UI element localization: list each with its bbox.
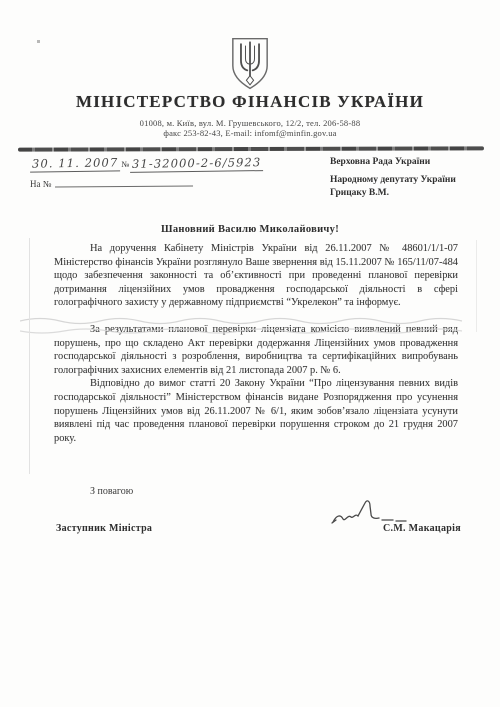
letterhead-address-line2: факс 253-82-43, E-mail: infomf@minfin.go… xyxy=(0,128,500,138)
salutation: Шановний Василю Миколайовичу! xyxy=(0,224,500,235)
paragraph-1: На доручення Кабінету Міністрів України … xyxy=(54,242,458,310)
letter-body: На доручення Кабінету Міністрів України … xyxy=(54,242,458,445)
reply-ref-label: На № xyxy=(30,179,51,189)
reference-block: 30. 11. 2007№31-32000-2-6/5923 На № xyxy=(30,154,300,189)
addressee-line1: Верховна Рада України xyxy=(330,156,456,169)
scan-edge-line-left xyxy=(29,238,30,474)
signer-title: Заступник Міністра xyxy=(56,523,152,534)
number-sign: № xyxy=(121,159,129,169)
paragraph-3: Відповідно до вимог статті 20 Закону Укр… xyxy=(54,377,458,445)
scan-speck xyxy=(37,40,40,43)
ukraine-trident-emblem xyxy=(227,36,273,92)
scanned-letter-page: МІНІСТЕРСТВО ФІНАНСІВ УКРАЇНИ 01008, м. … xyxy=(0,0,500,707)
signer-name: С.М. Макацарія xyxy=(383,523,461,534)
ministry-name: МІНІСТЕРСТВО ФІНАНСІВ УКРАЇНИ xyxy=(0,92,500,112)
valediction: З повагою xyxy=(90,486,133,497)
header-rule xyxy=(18,146,484,151)
letterhead-address-line1: 01008, м. Київ, вул. М. Грушевського, 12… xyxy=(0,118,500,128)
addressee-line3: Грицаку В.М. xyxy=(330,187,456,200)
scan-edge-line-right xyxy=(476,240,477,332)
reply-ref-blank-line xyxy=(55,178,193,188)
handwritten-outgoing-number: 31-32000-2-6/5923 xyxy=(130,155,264,173)
addressee-line2: Народному депутату України xyxy=(330,174,456,187)
handwritten-date: 30. 11. 2007 xyxy=(30,155,121,172)
addressee-block: Верховна Рада України Народному депутату… xyxy=(330,156,456,200)
scan-strip-edge-artifact xyxy=(20,315,482,337)
